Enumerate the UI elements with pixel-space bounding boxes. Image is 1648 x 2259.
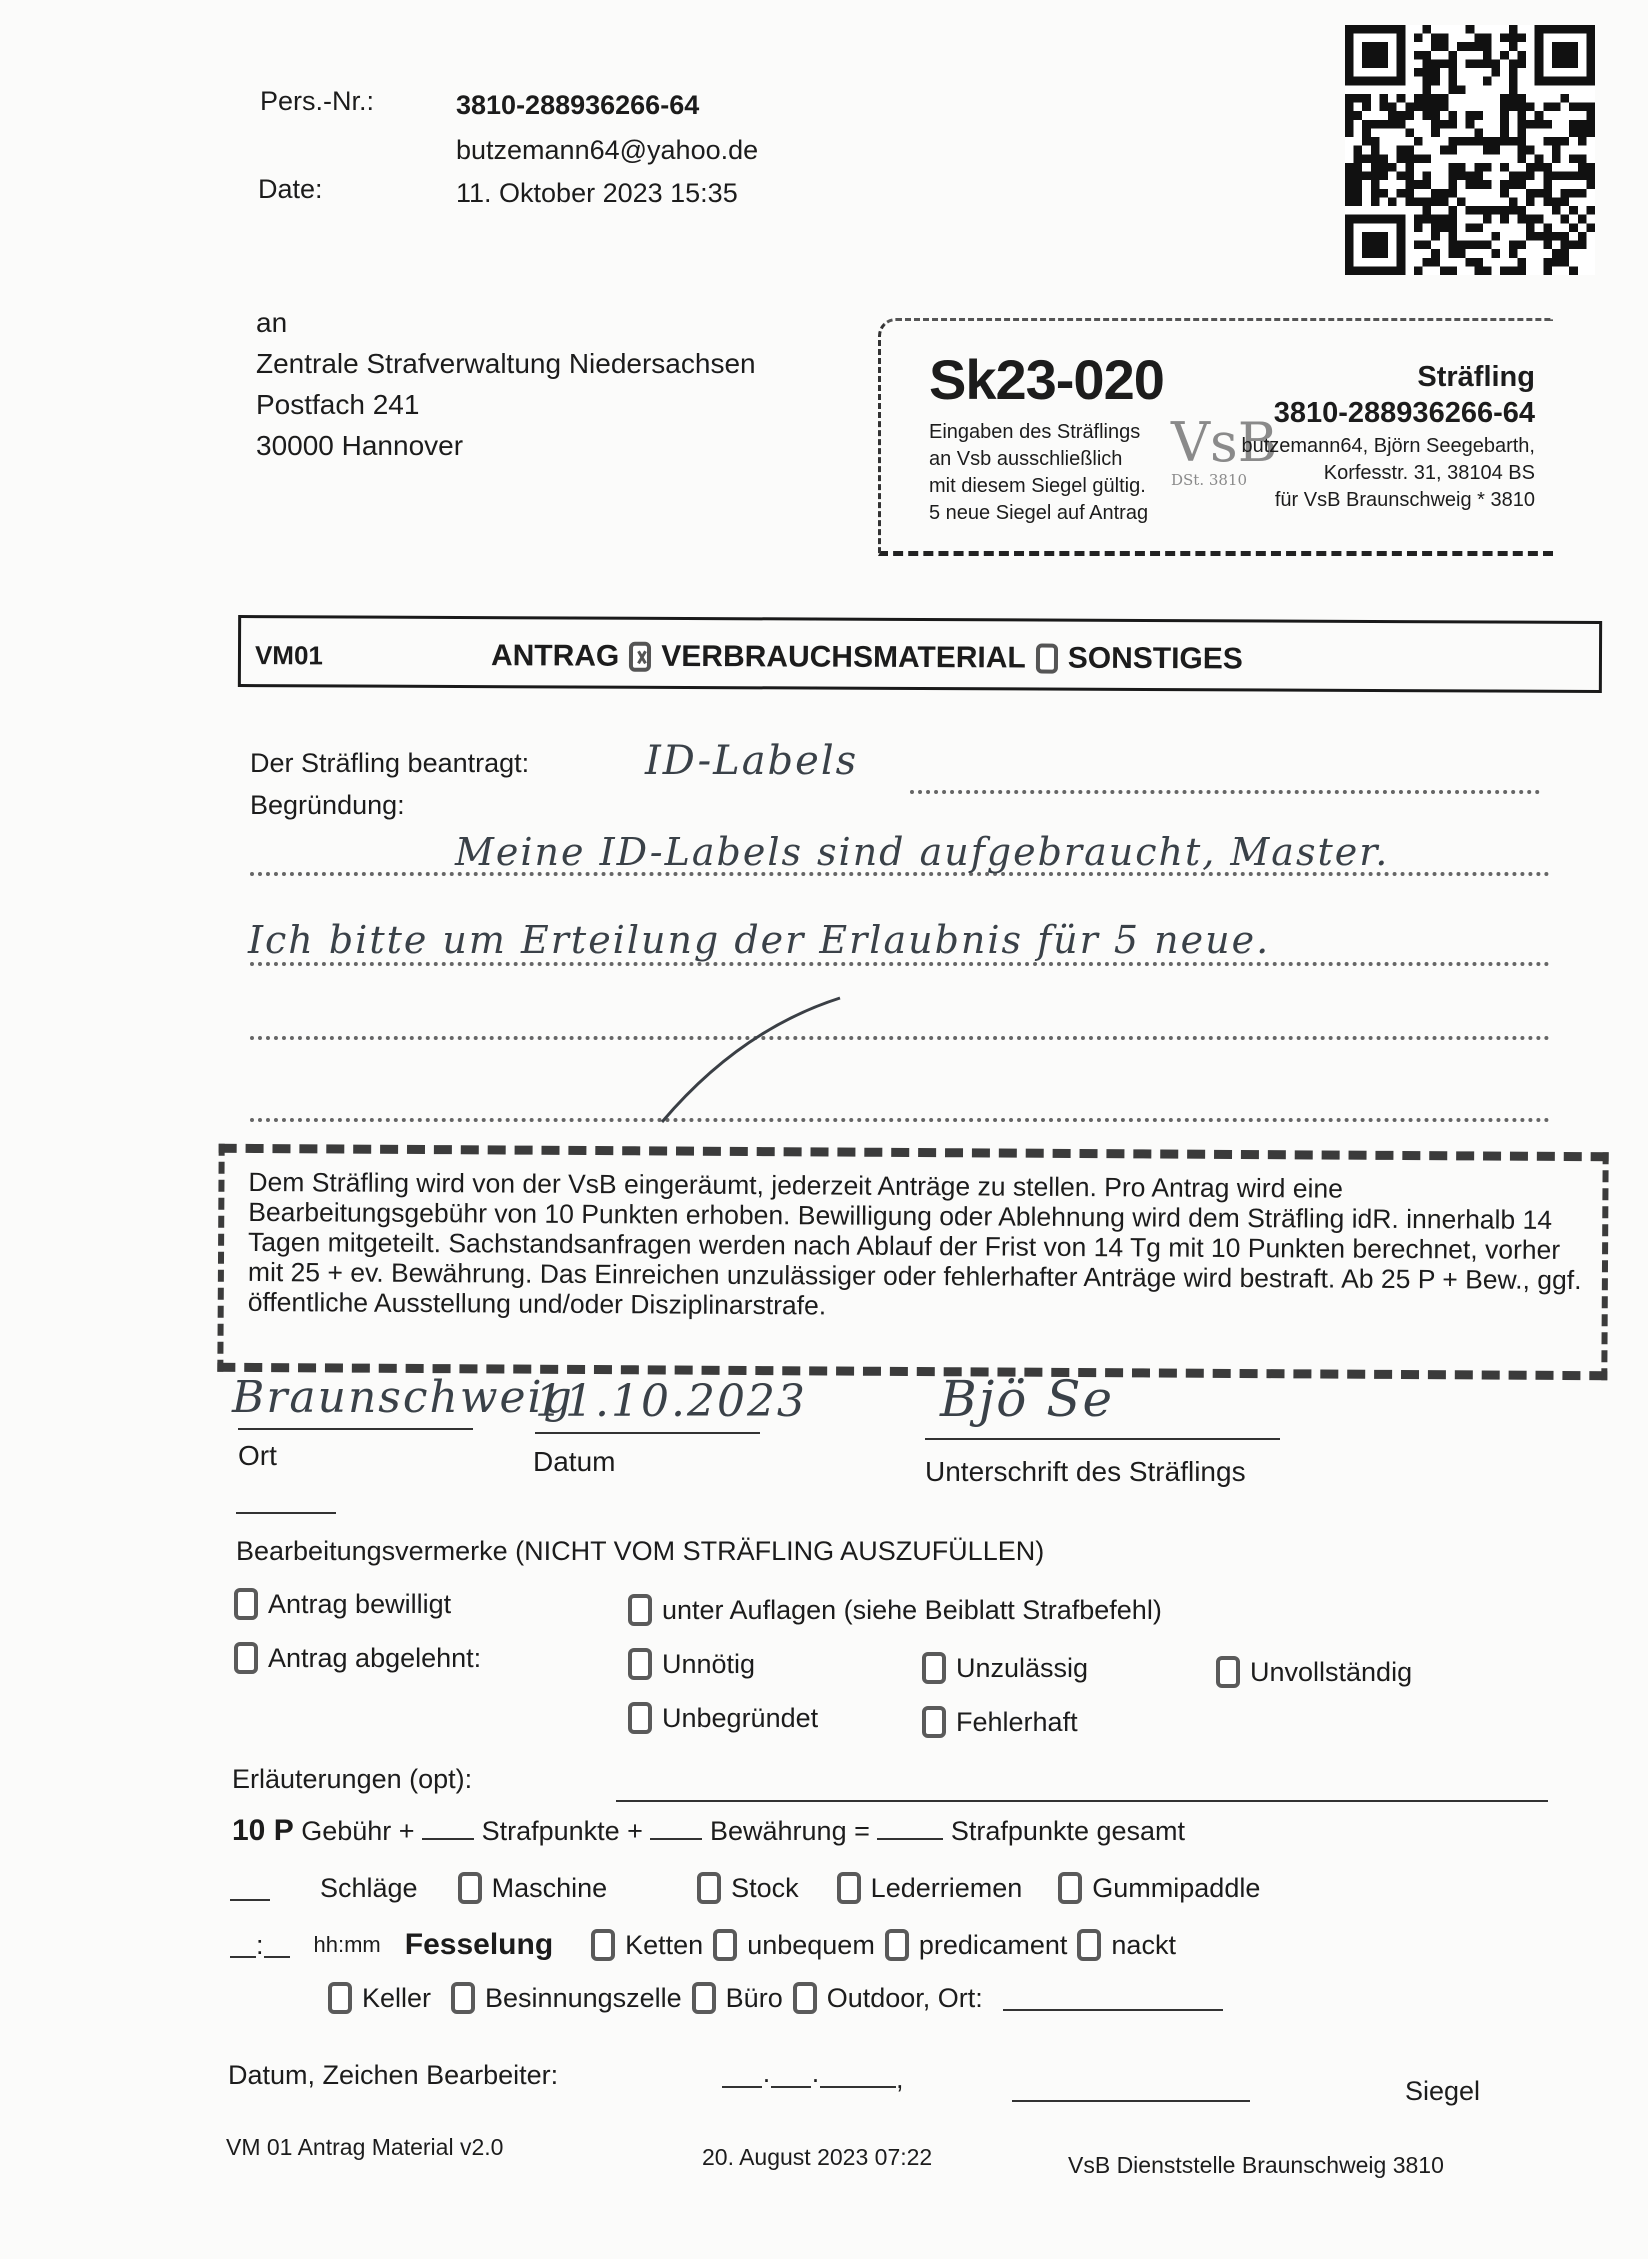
seal-left-line: an Vsb ausschließlich: [929, 446, 1148, 473]
email-value: butzemann64@yahoo.de: [456, 135, 758, 166]
recipient-line3: 30000 Hannover: [256, 425, 756, 466]
reason-dotted-line-3: [250, 1036, 1550, 1040]
qr-code-icon: [1345, 25, 1595, 275]
unzulaessig-label: Unzulässig: [956, 1653, 1088, 1684]
minutes-input[interactable]: [264, 1932, 290, 1958]
seal-left-text: Eingaben des Sträflings an Vsb ausschlie…: [929, 419, 1148, 527]
requests-label: Der Sträfling beantragt:: [250, 748, 529, 779]
unvollstaendig-checkbox[interactable]: [1216, 1656, 1240, 1688]
sonstiges-label: SONSTIGES: [1068, 642, 1243, 677]
keller-checkbox[interactable]: [328, 1982, 352, 2014]
form-code: VM01: [255, 640, 323, 671]
signature-value[interactable]: Bjö Se: [940, 1370, 1114, 1428]
penalty-points-input[interactable]: [422, 1814, 474, 1840]
signature-label: Unterschrift des Sträflings: [925, 1456, 1246, 1488]
gummipaddle-checkbox[interactable]: [1058, 1872, 1082, 1904]
keller-label: Keller: [362, 1983, 431, 2014]
unnoetig-checkbox[interactable]: [628, 1648, 652, 1680]
persnr-value: 3810-288936266-64: [456, 90, 699, 121]
lederriemen-label: Lederriemen: [871, 1873, 1023, 1904]
footer-form-date: 20. August 2023 07:22: [702, 2144, 932, 2171]
place-value[interactable]: Braunschweig: [232, 1372, 574, 1423]
recipient-prefix: an: [256, 302, 756, 343]
approved-label: Antrag bewilligt: [268, 1589, 451, 1620]
antrag-label: ANTRAG: [491, 639, 619, 674]
strike-through-line: [650, 990, 850, 1130]
processing-heading-note: (NICHT VOM STRÄFLING AUSZUFÜLLEN): [515, 1536, 1044, 1566]
stock-label: Stock: [731, 1873, 799, 1904]
unvollstaendig-label: Unvollständig: [1250, 1657, 1412, 1688]
prisoner-seal: VsB DSt. 3810 Sk23-020 Sträfling 3810-28…: [878, 318, 1553, 556]
processing-heading-title: Bearbeitungsvermerke: [236, 1536, 508, 1566]
fehlerhaft-label: Fehlerhaft: [956, 1707, 1078, 1738]
total-label: Strafpunkte gesamt: [951, 1816, 1185, 1846]
seal-left-line: mit diesem Siegel gültig.: [929, 473, 1148, 500]
time-format: hh:mm: [314, 1932, 381, 1958]
signoff-initials-input[interactable]: [1012, 2100, 1250, 2102]
verbrauchsmaterial-checkbox[interactable]: [629, 642, 651, 672]
place-label: Ort: [238, 1440, 277, 1472]
approved-checkbox[interactable]: [234, 1588, 258, 1620]
strokes-label: Schläge: [320, 1873, 418, 1904]
rejected-checkbox[interactable]: [234, 1642, 258, 1674]
fee-text: Gebühr +: [301, 1816, 414, 1846]
date-line: [535, 1432, 760, 1434]
seal-left-line: 5 neue Siegel auf Antrag: [929, 500, 1148, 527]
processing-heading: Bearbeitungsvermerke (NICHT VOM STRÄFLIN…: [236, 1536, 1044, 1567]
total-input[interactable]: [877, 1814, 943, 1840]
date-handwritten-label: Datum: [533, 1446, 615, 1478]
seal-title: Sträfling: [1417, 361, 1535, 394]
points-row: 10 P Gebühr + Strafpunkte + Bewährung = …: [232, 1814, 1185, 1848]
recipient-line2: Postfach 241: [256, 384, 756, 425]
unbegruendet-checkbox[interactable]: [628, 1702, 652, 1734]
reason-dotted-line-2: [250, 962, 1550, 966]
form-type-box: VM01 ANTRAG VERBRAUCHSMATERIAL SONSTIGES: [238, 615, 1602, 693]
requests-dotted-line: [910, 790, 1540, 794]
recipient-address: an Zentrale Strafverwaltung Niedersachse…: [256, 302, 756, 466]
fee-points: 10 P: [232, 1814, 294, 1847]
date-handwritten-value[interactable]: 11.10.2023: [535, 1376, 807, 1427]
nackt-checkbox[interactable]: [1077, 1929, 1101, 1961]
outdoor-checkbox[interactable]: [793, 1982, 817, 2014]
unbegruendet-label: Unbegründet: [662, 1703, 818, 1734]
reason-unvollstaendig: Unvollständig: [1216, 1656, 1412, 1688]
verbrauchsmaterial-label: VERBRAUCHSMATERIAL: [661, 640, 1026, 676]
signoff-label: Datum, Zeichen Bearbeiter:: [228, 2060, 558, 2091]
footer-office: VsB Dienststelle Braunschweig 3810: [1068, 2152, 1444, 2179]
conditions-row: unter Auflagen (siehe Beiblatt Strafbefe…: [628, 1594, 1162, 1626]
buero-label: Büro: [726, 1983, 783, 2014]
footer-form-name: VM 01 Antrag Material v2.0: [226, 2134, 503, 2161]
gummipaddle-label: Gummipaddle: [1092, 1873, 1260, 1904]
unbequem-label: unbequem: [747, 1930, 875, 1961]
location-row: Keller Besinnungszelle Büro Outdoor, Ort…: [328, 1982, 1223, 2014]
reason-fehlerhaft: Fehlerhaft: [922, 1706, 1078, 1738]
signoff-date-input[interactable]: ··,: [722, 2062, 904, 2095]
recipient-line1: Zentrale Strafverwaltung Niedersachsen: [256, 343, 756, 384]
probation-input[interactable]: [650, 1814, 702, 1840]
seal-right-text: butzemann64, Björn Seegebarth, Korfesstr…: [1241, 433, 1535, 514]
ketten-label: Ketten: [625, 1930, 703, 1961]
unnoetig-label: Unnötig: [662, 1649, 755, 1680]
approved-row: Antrag bewilligt: [234, 1588, 451, 1620]
form-type-row: ANTRAG VERBRAUCHSMATERIAL SONSTIGES: [491, 639, 1243, 676]
date-label: Date:: [258, 174, 323, 205]
predicament-checkbox[interactable]: [885, 1929, 909, 1961]
maschine-checkbox[interactable]: [458, 1872, 482, 1904]
maschine-label: Maschine: [492, 1873, 608, 1904]
info-notice-text: Dem Sträfling wird von der VsB eingeräum…: [248, 1167, 1589, 1325]
nackt-label: nackt: [1111, 1930, 1176, 1961]
bondage-label: Fesselung: [405, 1928, 553, 1962]
reason-unnoetig: Unnötig: [628, 1648, 755, 1680]
reason-dotted-line-4: [250, 1118, 1550, 1122]
reason-label: Begründung:: [250, 790, 405, 821]
reason-unzulaessig: Unzulässig: [922, 1652, 1088, 1684]
rejected-label: Antrag abgelehnt:: [268, 1643, 481, 1674]
sonstiges-checkbox[interactable]: [1036, 644, 1058, 674]
reason-line-2[interactable]: Ich bitte um Erteilung der Erlaubnis für…: [248, 918, 1270, 962]
outdoor-label: Outdoor, Ort:: [827, 1983, 983, 2014]
rejected-row: Antrag abgelehnt:: [234, 1642, 481, 1674]
seal-right-line: butzemann64, Björn Seegebarth,: [1241, 433, 1535, 460]
time-separator: :: [256, 1930, 264, 1961]
seal-persnr: 3810-288936266-64: [1274, 397, 1535, 430]
stock-checkbox[interactable]: [697, 1872, 721, 1904]
conditions-checkbox[interactable]: [628, 1594, 652, 1626]
unzulaessig-checkbox[interactable]: [922, 1652, 946, 1684]
persnr-label: Pers.-Nr.:: [260, 86, 374, 117]
seal-label: Siegel: [1405, 2076, 1480, 2107]
strokes-row: Schläge Maschine Stock Lederriemen Gummi…: [230, 1872, 1260, 1904]
place-line: [238, 1428, 473, 1430]
conditions-label: unter Auflagen (siehe Beiblatt Strafbefe…: [662, 1595, 1162, 1626]
buero-checkbox[interactable]: [692, 1982, 716, 2014]
seal-code: Sk23-020: [929, 347, 1164, 412]
signature-line: [925, 1438, 1280, 1440]
reason-line-1[interactable]: Meine ID-Labels sind aufgebraucht, Maste…: [455, 830, 1389, 874]
seal-left-line: Eingaben des Sträflings: [929, 419, 1148, 446]
bondage-row: : hh:mm Fesselung Ketten unbequem predic…: [230, 1928, 1176, 1962]
besinnungszelle-checkbox[interactable]: [451, 1982, 475, 2014]
probation-label: Bewährung =: [710, 1816, 870, 1846]
hours-input[interactable]: [230, 1932, 256, 1958]
seal-right-line: Korfesstr. 31, 38104 BS: [1241, 460, 1535, 487]
unbequem-checkbox[interactable]: [713, 1929, 737, 1961]
separator-line: [236, 1512, 336, 1514]
penalty-points-label: Strafpunkte +: [482, 1816, 643, 1846]
vsb-stamp-sub: DSt. 3810: [1171, 471, 1247, 489]
info-notice-box: Dem Sträfling wird von der VsB eingeräum…: [217, 1144, 1608, 1380]
strokes-input[interactable]: [230, 1875, 270, 1901]
seal-right-line: für VsB Braunschweig * 3810: [1241, 487, 1535, 514]
requests-value[interactable]: ID-Labels: [645, 738, 858, 784]
reason-unbegruendet: Unbegründet: [628, 1702, 818, 1734]
outdoor-location-input[interactable]: [1003, 1985, 1223, 2011]
ketten-checkbox[interactable]: [591, 1929, 615, 1961]
lederriemen-checkbox[interactable]: [837, 1872, 861, 1904]
date-value: 11. Oktober 2023 15:35: [456, 178, 738, 209]
explanations-label: Erläuterungen (opt):: [232, 1764, 472, 1795]
explanations-input[interactable]: [616, 1800, 1548, 1802]
fehlerhaft-checkbox[interactable]: [922, 1706, 946, 1738]
besinnungszelle-label: Besinnungszelle: [485, 1983, 682, 2014]
predicament-label: predicament: [919, 1930, 1068, 1961]
